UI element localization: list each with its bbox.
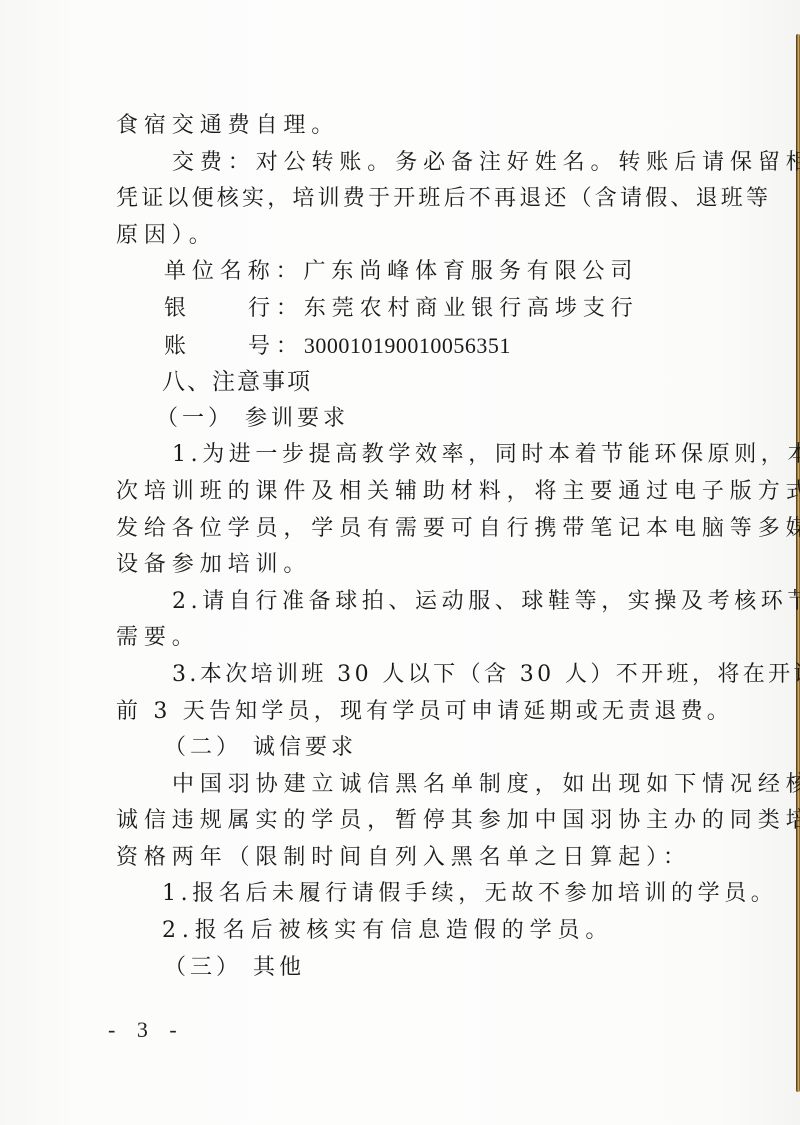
subsection-heading: （三） 其他 [116,950,680,987]
bank-name-value: 东莞农村商业银行高埗支行 [304,296,639,321]
bank-unit-value: 广东尚峰体育服务有限公司 [304,259,639,284]
subsection-heading: （二） 诚信要求 [116,730,680,767]
list-item-text: 需要。 [116,620,680,657]
account-number-value: 300010190010056351 [304,333,511,358]
bank-unit-label: 单位名称： [164,259,304,284]
bank-label-part1: 银 [164,291,248,328]
bank-account-row: 账号：300010190010056351 [116,328,680,365]
section-heading: 八、注意事项 [116,364,680,401]
account-label-part2: 号： [248,334,304,359]
paragraph-text: 中国羽协建立诚信黑名单制度，如出现如下情况经核实 [116,767,680,804]
list-item-text: 设备参加培训。 [116,547,680,584]
list-item-text: 1.为进一步提高教学效率，同时本着节能环保原则，本 [116,437,680,474]
paragraph-payment-line: 交费：对公转账。务必备注好姓名。转账后请保留相关 [116,145,680,182]
list-item-text: 次培训班的课件及相关辅助材料，将主要通过电子版方式转 [116,474,680,511]
paragraph-text: 诚信违规属实的学员，暂停其参加中国羽协主办的同类培训 [116,803,680,840]
paragraph-accommodation: 食宿交通费自理。 [116,108,680,145]
list-item-text: 2.请自行准备球拍、运动服、球鞋等，实操及考核环节 [116,584,680,621]
paragraph-text: 资格两年（限制时间自列入黑名单之日算起）： [116,840,680,877]
bank-unit-row: 单位名称：广东尚峰体育服务有限公司 [116,254,680,291]
document-page: 食宿交通费自理。 交费：对公转账。务必备注好姓名。转账后请保留相关 凭证以便核实… [0,0,800,1125]
document-body: 食宿交通费自理。 交费：对公转账。务必备注好姓名。转账后请保留相关 凭证以便核实… [116,108,680,986]
account-label-part1: 账 [164,329,248,366]
list-item-text: 1.报名后未履行请假手续，无故不参加培训的学员。 [116,876,680,913]
subsection-heading: （一） 参训要求 [116,401,680,438]
bank-label-part2: 行： [248,296,304,321]
page-number: - 3 - [108,1017,185,1043]
list-item-text: 3.本次培训班 30 人以下（含 30 人）不开班，将在开课 [116,657,680,694]
bank-name-row: 银行：东莞农村商业银行高埗支行 [116,291,680,328]
paragraph-payment-line: 原因）。 [116,218,680,255]
scan-edge-shadow [796,34,800,1092]
list-item-text: 前 3 天告知学员，现有学员可申请延期或无责退费。 [116,694,680,731]
paragraph-payment-line: 凭证以便核实，培训费于开班后不再退还（含请假、退班等 [116,181,680,218]
list-item-text: 2.报名后被核实有信息造假的学员。 [116,913,680,950]
list-item-text: 发给各位学员，学员有需要可自行携带笔记本电脑等多媒体 [116,511,680,548]
